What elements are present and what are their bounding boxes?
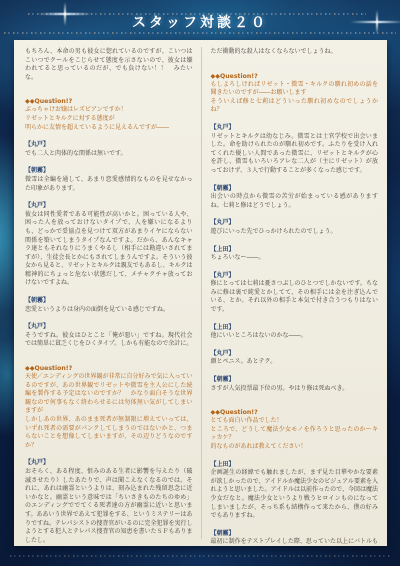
speech-text: 遊びにいった先でひっかけられたのでしょう。 [211, 228, 379, 237]
speech-text: 彼女は同性愛者である可能性が高いかと。困っている人や、困った人を放っておけないタ… [25, 211, 193, 288]
speech-text: そうですね。彼女はひとこと「俺が悪い」ですね。現代社会では簡単に貧乏くじをひくタ… [25, 332, 193, 349]
question-block: ◆◆Question!?とても面白い作品でした！ところで、どうして魔法少女モノを… [211, 408, 379, 451]
speaker-name: 【朝霧】 [25, 167, 193, 176]
speaker-name: 【丸戸】 [211, 219, 379, 228]
speech-block: 【丸戸】おそらく、ある程度、恨みのある生者に影響を与えたり（破滅させたり）したあ… [25, 459, 193, 545]
question-block: ◆◆Question!?もしよろしければリゼット・微雪・キルクの馴れ初めの話を聞… [211, 72, 379, 115]
page-title: スタッフ対談２０ [0, 12, 400, 32]
column-divider [201, 47, 202, 539]
speech-block: 【朝霧】恋愛というよりは身内の面倒を見ている感じですね。 [25, 297, 193, 314]
speech-text: ちょろいなー――。 [211, 254, 379, 263]
speaker-name: 【朝霧】 [211, 376, 379, 385]
speaker-name: 【朝霧】 [211, 185, 379, 194]
speech-block: 【朝霧】最初に制作をテストプレイした際、思っていた以上にバトルものだったので驚い… [211, 530, 379, 546]
question-line: とても面白い作品でした！ [211, 417, 379, 426]
speech-block: 【丸戸】修にとっては七莉は憂さつぶしのひとつでしかないです。ちなみに修は裏で純愛… [211, 272, 379, 315]
question-block: ◆◆Question!?ぶっちゃけお嬢はレズビアンですか！リゼットとキルクに対す… [25, 97, 193, 132]
speech-text: リゼットとキルクは幼なじみ。微雪とは士官学校で出会いました。命を助けられたのが馴… [211, 133, 379, 176]
speaker-name: 【丸戸】 [25, 141, 193, 150]
speech-block: 【丸戸】彼女は同性愛者である可能性が高いかと。困っている人や、困った人を放ってお… [25, 202, 193, 288]
speech-text: 修にとっては七莉は憂さつぶしのひとつでしかないです。ちなみに修は裏で純愛とかして… [211, 280, 379, 314]
speech-block: 【上田】ちょろいなー――。 [211, 246, 379, 263]
speech-text: 企画誕生の経緯でも触れましたが、まず見た目華やかな要素が欲しかったので、アイドル… [211, 469, 379, 521]
interview-paper-sheet: もちろん、本命の男も彼女に惚れているのですが、こいつはこいつでクールをこじらせて… [14, 40, 387, 546]
speech-block: 【丸戸】そうですね。彼女はひとこと「俺が悪い」ですね。現代社会では簡単に貧乏くじ… [25, 323, 193, 349]
question-label: ◆◆Question!? [211, 72, 379, 81]
interview-column-right: ただ衝動的な殺人はなくならないでしょうね。◆◆Question!?もしよろしけれ… [202, 48, 379, 540]
question-label: ◆◆Question!? [211, 408, 379, 417]
speech-block: 【丸戸】リゼットとキルクは幼なじみ。微雪とは士官学校で出会いました。命を助けられ… [211, 124, 379, 176]
question-line: もしよろしければリゼット・微雪・キルクの馴れ初めの話を聞きたいのですが――お願い… [211, 81, 379, 98]
speech-text: 他にいいところはないのかな――。 [211, 332, 379, 341]
question-line: 天使／エンディングの世界観が非常に自分好みで気に入っているのですが、あの世界観で… [25, 373, 193, 416]
speech-block: 【朝霧】微雪は全編を通して、あまり恋愛感情的なものを見せなかった印象があります。 [25, 167, 193, 193]
paragraph-text: ただ衝動的な殺人はなくならないでしょうね。 [211, 48, 379, 57]
speaker-name: 【丸戸】 [211, 272, 379, 281]
speech-block: 【朝霧】出会いの時点から微雪の苦労が始まっている感がありますね。七莉と修はどうで… [211, 185, 379, 211]
speech-block: 【丸戸】遊びにいった先でひっかけられたのでしょう。 [211, 219, 379, 236]
question-line: ぶっちゃけお嬢はレズビアンですか！ [25, 106, 193, 115]
speech-block: 【朝霧】さすが人気投票最下位の男。やはり修は死ぬべき。 [211, 376, 379, 393]
booklet-page: { "title": "スタッフ対談２０", "colors": { "back… [0, 0, 400, 566]
question-line: リゼットとキルクに対する態度が [25, 115, 193, 124]
speaker-name: 【上田】 [211, 246, 379, 255]
paragraph-block: もちろん、本命の男も彼女に惚れているのですが、こいつはこいつでクールをこじらせて… [25, 48, 193, 82]
speech-block: 【丸戸】でも二人と肉体的な関係は無いです。 [25, 141, 193, 158]
question-line: そういえば修と七莉はどういった馴れ初めなのでしょうかね？ [211, 98, 379, 115]
speech-text: 微雪は全編を通して、あまり恋愛感情的なものを見せなかった印象があります。 [25, 176, 193, 193]
paragraph-text: もちろん、本命の男も彼女に惚れているのですが、こいつはこいつでクールをこじらせて… [25, 48, 193, 82]
question-line: 的なものがあれば教えてください！ [211, 443, 379, 452]
question-line: ところで、どうして魔法少女モノを作ろうと思ったのかーキッカケ？ [211, 426, 379, 443]
speaker-name: 【丸戸】 [25, 202, 193, 211]
dotted-separator-under-title [4, 32, 396, 34]
speech-block: 【丸戸】顔とペニス。あとテク。 [211, 350, 379, 367]
interview-column-left: もちろん、本命の男も彼女に惚れているのですが、こいつはこいつでクールをこじらせて… [25, 48, 202, 540]
speech-text: おそらく、ある程度、恨みのある生者に影響を与えたり（破滅させたり）したあたりで、… [25, 468, 193, 545]
dotted-separator-bottom [10, 555, 390, 557]
question-line: 明らかに友情を超えているように見えるんですが―― [25, 124, 193, 133]
speech-block: 【上田】企画誕生の経緯でも触れましたが、まず見た目華やかな要素が欲しかったので、… [211, 461, 379, 521]
speech-block: 【上田】他にいいところはないのかな――。 [211, 324, 379, 341]
speaker-name: 【丸戸】 [211, 124, 379, 133]
speech-text: 顔とペニス。あとテク。 [211, 358, 379, 367]
question-block: ◆◆Question!?天使／エンディングの世界観が非常に自分好みで気に入ってい… [25, 364, 193, 450]
question-line: しかしあの世界、あのまま死者が無制限に増えていっては、いずれ死者の需要がパンクし… [25, 416, 193, 450]
speech-text: でも二人と肉体的な関係は無いです。 [25, 150, 193, 159]
speaker-name: 【丸戸】 [25, 323, 193, 332]
speaker-name: 【朝霧】 [25, 297, 193, 306]
speaker-name: 【上田】 [211, 461, 379, 470]
speaker-name: 【上田】 [211, 324, 379, 333]
speaker-name: 【丸戸】 [25, 459, 193, 468]
question-label: ◆◆Question!? [25, 364, 193, 373]
paragraph-block: ただ衝動的な殺人はなくならないでしょうね。 [211, 48, 379, 57]
speech-text: 最初に制作をテストプレイした際、思っていた以上にバトルものだったので驚いた記憶が… [211, 538, 379, 546]
speech-text: 出会いの時点から微雪の苦労が始まっている感がありますね。七莉と修はどうでしょう。 [211, 193, 379, 210]
speech-text: さすが人気投票最下位の男。やはり修は死ぬべき。 [211, 385, 379, 394]
speech-text: 恋愛というよりは身内の面倒を見ている感じですね。 [25, 306, 193, 315]
